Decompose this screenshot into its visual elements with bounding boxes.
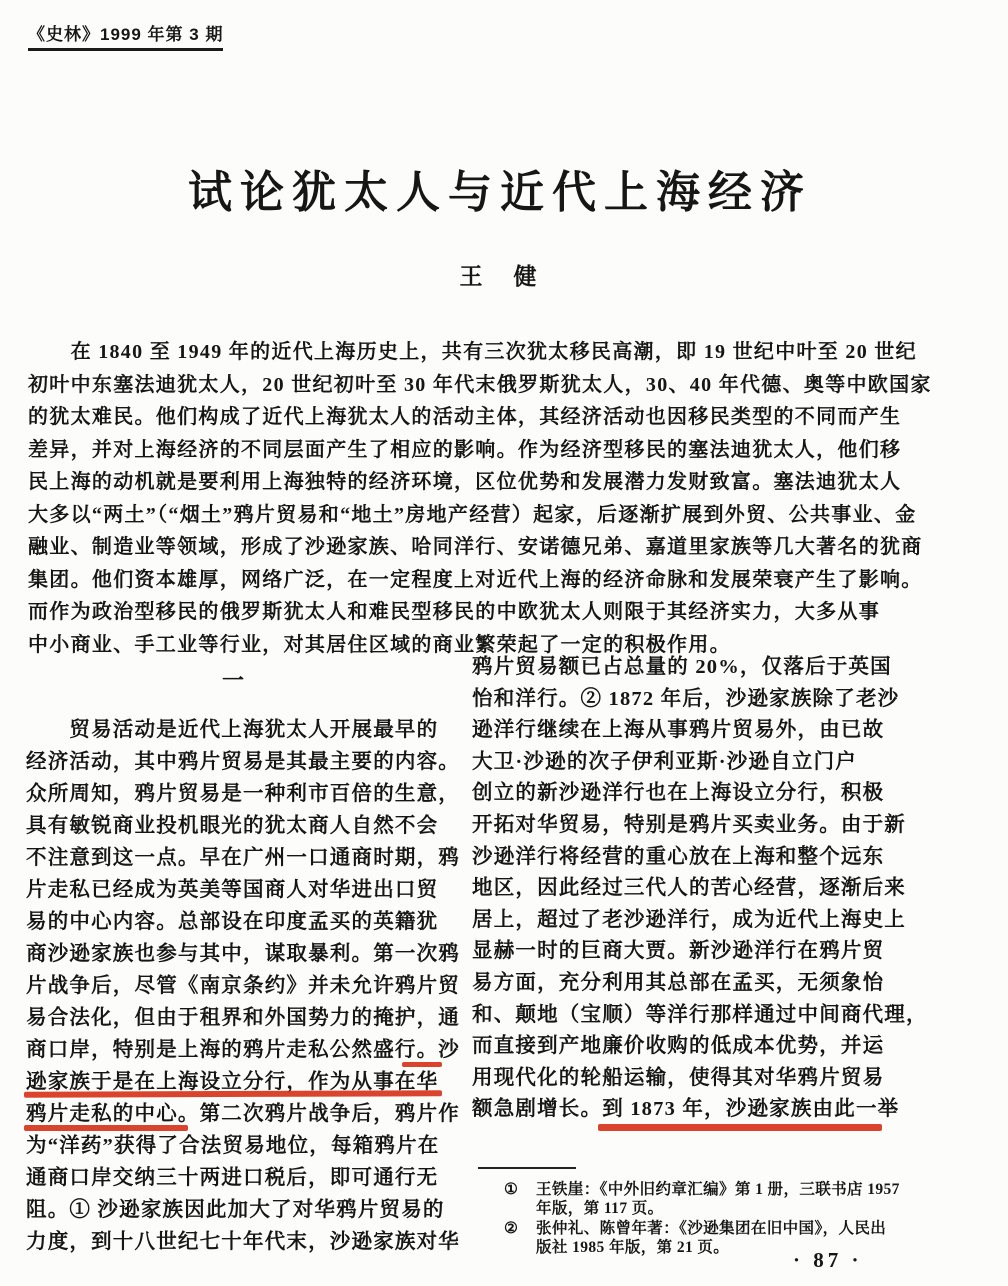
body-line: 大卫·沙逊的次子伊利亚斯·沙逊自立门户: [472, 747, 894, 779]
body-line: 贸易活动是近代上海犹太人开展最早的: [26, 714, 442, 746]
footnote-text: 王铁崖：《中外旧约章汇编》第 1 册，三联书店 1957 年版，第 117 页。: [536, 1180, 900, 1219]
body-line: 额急剧增长。到 1873 年，沙逊家族由此一举: [472, 1094, 894, 1126]
red-underline-annotation: [24, 1125, 188, 1131]
section-one-marker: 一: [26, 664, 440, 695]
body-line: 具有敏锐商业投机眼光的犹太商人自然不会: [26, 810, 442, 842]
body-line: 力度，到十八世纪七十年代末，沙逊家族对华: [26, 1226, 442, 1258]
body-line: 创立的新沙逊洋行也在上海设立分行，积极: [472, 778, 894, 810]
footnote-line: 年版，第 117 页。: [536, 1199, 900, 1218]
abstract-line: 差异，并对上海经济的不同层面产生了相应的影响。作为经济型移民的塞法迪犹太人，他们…: [28, 434, 978, 467]
body-line: 易的中心内容。总部设在印度孟买的英籍犹: [26, 906, 442, 938]
abstract-line: 民上海的动机就是要利用上海独特的经济环境，区位优势和发展潜力发财致富。塞法迪犹太…: [28, 466, 978, 499]
body-line: 众所周知，鸦片贸易是一种利市百倍的生意，: [26, 778, 442, 810]
page-number: · 87 ·: [793, 1248, 863, 1273]
abstract-line: 在 1840 至 1949 年的近代上海历史上，共有三次犹太移民高潮，即 19 …: [28, 336, 978, 369]
body-line: 阻。① 沙逊家族因此加大了对华鸦片贸易的: [26, 1194, 442, 1226]
article-title: 试论犹太人与近代上海经济: [0, 156, 1000, 220]
body-line: 为“洋药”获得了合法贸易地位，每箱鸦片在: [26, 1130, 442, 1162]
body-left-column: 贸易活动是近代上海犹太人开展最早的 经济活动，其中鸦片贸易是其最主要的内容。 众…: [26, 714, 442, 1258]
body-line: 商沙逊家族也参与其中，谋取暴利。第一次鸦: [26, 938, 442, 970]
abstract-line: 集团。他们资本雄厚，网络广泛，在一定程度上对近代上海的经济命脉和发展荣衰产生了影…: [28, 564, 978, 597]
article-author: 王 健: [0, 258, 1000, 291]
footnote-line: 张仲礼、陈曾年著：《沙逊集团在旧中国》，人民出: [536, 1219, 886, 1238]
body-line: 不注意到这一点。早在广州一口通商时期，鸦: [26, 842, 442, 874]
body-line: 商口岸，特别是上海的鸦片走私公然盛行。沙: [26, 1034, 442, 1066]
footnote-item: ① 王铁崖：《中外旧约章汇编》第 1 册，三联书店 1957 年版，第 117 …: [504, 1180, 954, 1219]
abstract-line: 融业、制造业等领域，形成了沙逊家族、哈同洋行、安诺德兄弟、嘉道里家族等几大著名的…: [28, 531, 978, 564]
body-line: 居上，超过了老沙逊洋行，成为近代上海史上: [472, 905, 894, 937]
body-line: 用现代化的轮船运输，使得其对华鸦片贸易: [472, 1063, 894, 1095]
body-line: 片战争后，尽管《南京条约》并未允许鸦片贸: [26, 970, 442, 1002]
body-line: 沙逊洋行将经营的重心放在上海和整个远东: [472, 842, 894, 874]
journal-header: 《史林》1999 年第 3 期: [28, 20, 223, 51]
body-line: 开拓对华贸易，特别是鸦片买卖业务。由于新: [472, 810, 894, 842]
abstract-line: 大多以“两土”（“烟土”鸦片贸易和“地土”房地产经营）起家，后逐渐扩展到外贸、公…: [28, 499, 978, 532]
red-underline-annotation: [598, 1124, 882, 1131]
footnote-separator: [478, 1167, 576, 1169]
body-line: 鸦片贸易额已占总量的 20%，仅落后于英国: [472, 652, 894, 684]
body-line: 逊洋行继续在上海从事鸦片贸易外，由已故: [472, 715, 894, 747]
footnote-marker: ①: [504, 1180, 536, 1219]
body-line: 易方面，充分利用其总部在孟买，无须象怡: [472, 968, 894, 1000]
body-line: 显赫一时的巨商大贾。新沙逊洋行在鸦片贸: [472, 936, 894, 968]
body-line: 怡和洋行。② 1872 年后，沙逊家族除了老沙: [472, 684, 894, 716]
body-line: 经济活动，其中鸦片贸易是其最主要的内容。: [26, 746, 442, 778]
red-underline-annotation: [402, 1062, 442, 1067]
body-line: 易合法化，但由于租界和外国势力的掩护，通: [26, 1002, 442, 1034]
body-line: 片走私已经成为英美等国商人对华进出口贸: [26, 874, 442, 906]
footnotes-block: ① 王铁崖：《中外旧约章汇编》第 1 册，三联书店 1957 年版，第 117 …: [504, 1180, 954, 1257]
body-line: 而直接到产地廉价收购的低成本优势，并运: [472, 1031, 894, 1063]
scanned-journal-page: 《史林》1999 年第 3 期 试论犹太人与近代上海经济 王 健 在 1840 …: [0, 0, 1008, 1286]
footnote-marker: ②: [504, 1219, 536, 1258]
body-line: 通商口岸交纳三十两进口税后，即可通行无: [26, 1162, 442, 1194]
abstract-line: 初叶中东塞法迪犹太人，20 世纪初叶至 30 年代末俄罗斯犹太人，30、40 年…: [28, 369, 978, 402]
abstract-paragraph: 在 1840 至 1949 年的近代上海历史上，共有三次犹太移民高潮，即 19 …: [28, 336, 978, 661]
abstract-line: 而作为政治型移民的俄罗斯犹太人和难民型移民的中欧犹太人则限于其经济实力，大多从事: [28, 596, 978, 629]
footnote-item: ② 张仲礼、陈曾年著：《沙逊集团在旧中国》，人民出 版社 1985 年版，第 2…: [504, 1219, 954, 1258]
footnote-line: 王铁崖：《中外旧约章汇编》第 1 册，三联书店 1957: [536, 1180, 900, 1199]
body-right-column: 鸦片贸易额已占总量的 20%，仅落后于英国 怡和洋行。② 1872 年后，沙逊家…: [472, 652, 894, 1126]
abstract-line: 的犹太难民。他们构成了近代上海犹太人的活动主体，其经济活动也因移民类型的不同而产…: [28, 401, 978, 434]
body-line: 地区，因此经过三代人的苦心经营，逐渐后来: [472, 873, 894, 905]
body-line: 和、颠地（宝顺）等洋行那样通过中间商代理，: [472, 1000, 894, 1032]
